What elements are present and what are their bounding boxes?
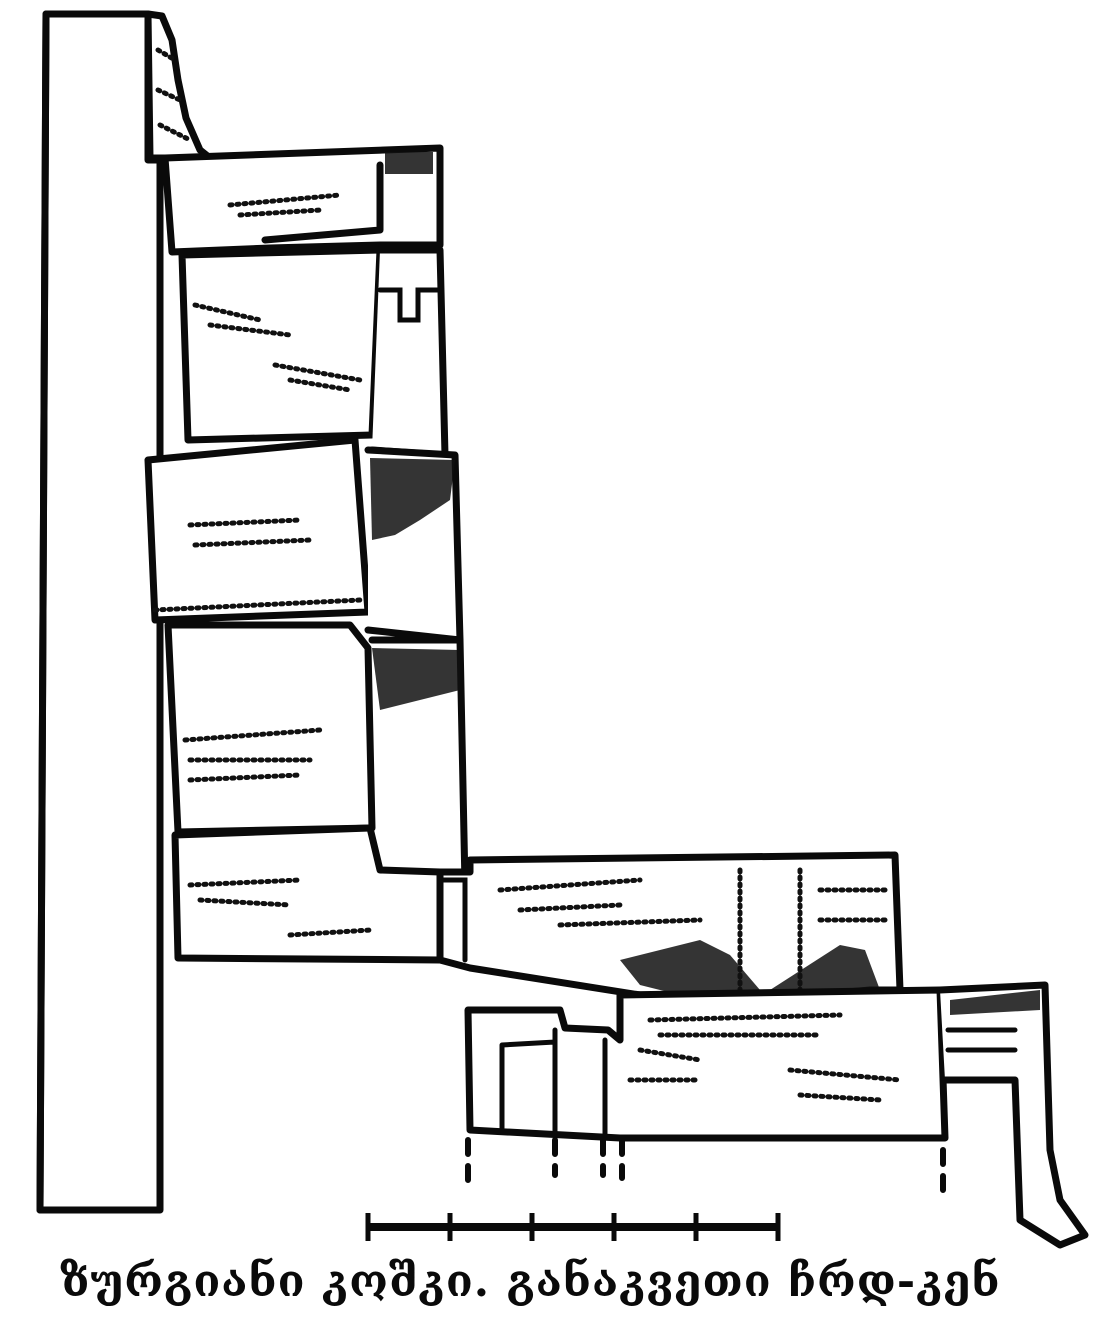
stone-block-2 — [182, 250, 445, 455]
stone-block-3 — [148, 440, 460, 640]
left-tower-wall — [40, 14, 160, 1210]
stone-block-1 — [165, 148, 440, 252]
foundation-dashed-lines — [468, 1140, 943, 1190]
right-outer-wall — [940, 985, 1085, 1245]
figure-caption: ზურგიანი კოშკი. განაკვეთი ჩრდ-კენ — [60, 1256, 980, 1307]
lower-chamber — [468, 990, 945, 1138]
lower-rubble-mass — [440, 855, 900, 1000]
scale-bar — [368, 1213, 778, 1241]
tower-section-drawing — [0, 0, 1099, 1327]
top-rubble-block — [148, 14, 210, 158]
